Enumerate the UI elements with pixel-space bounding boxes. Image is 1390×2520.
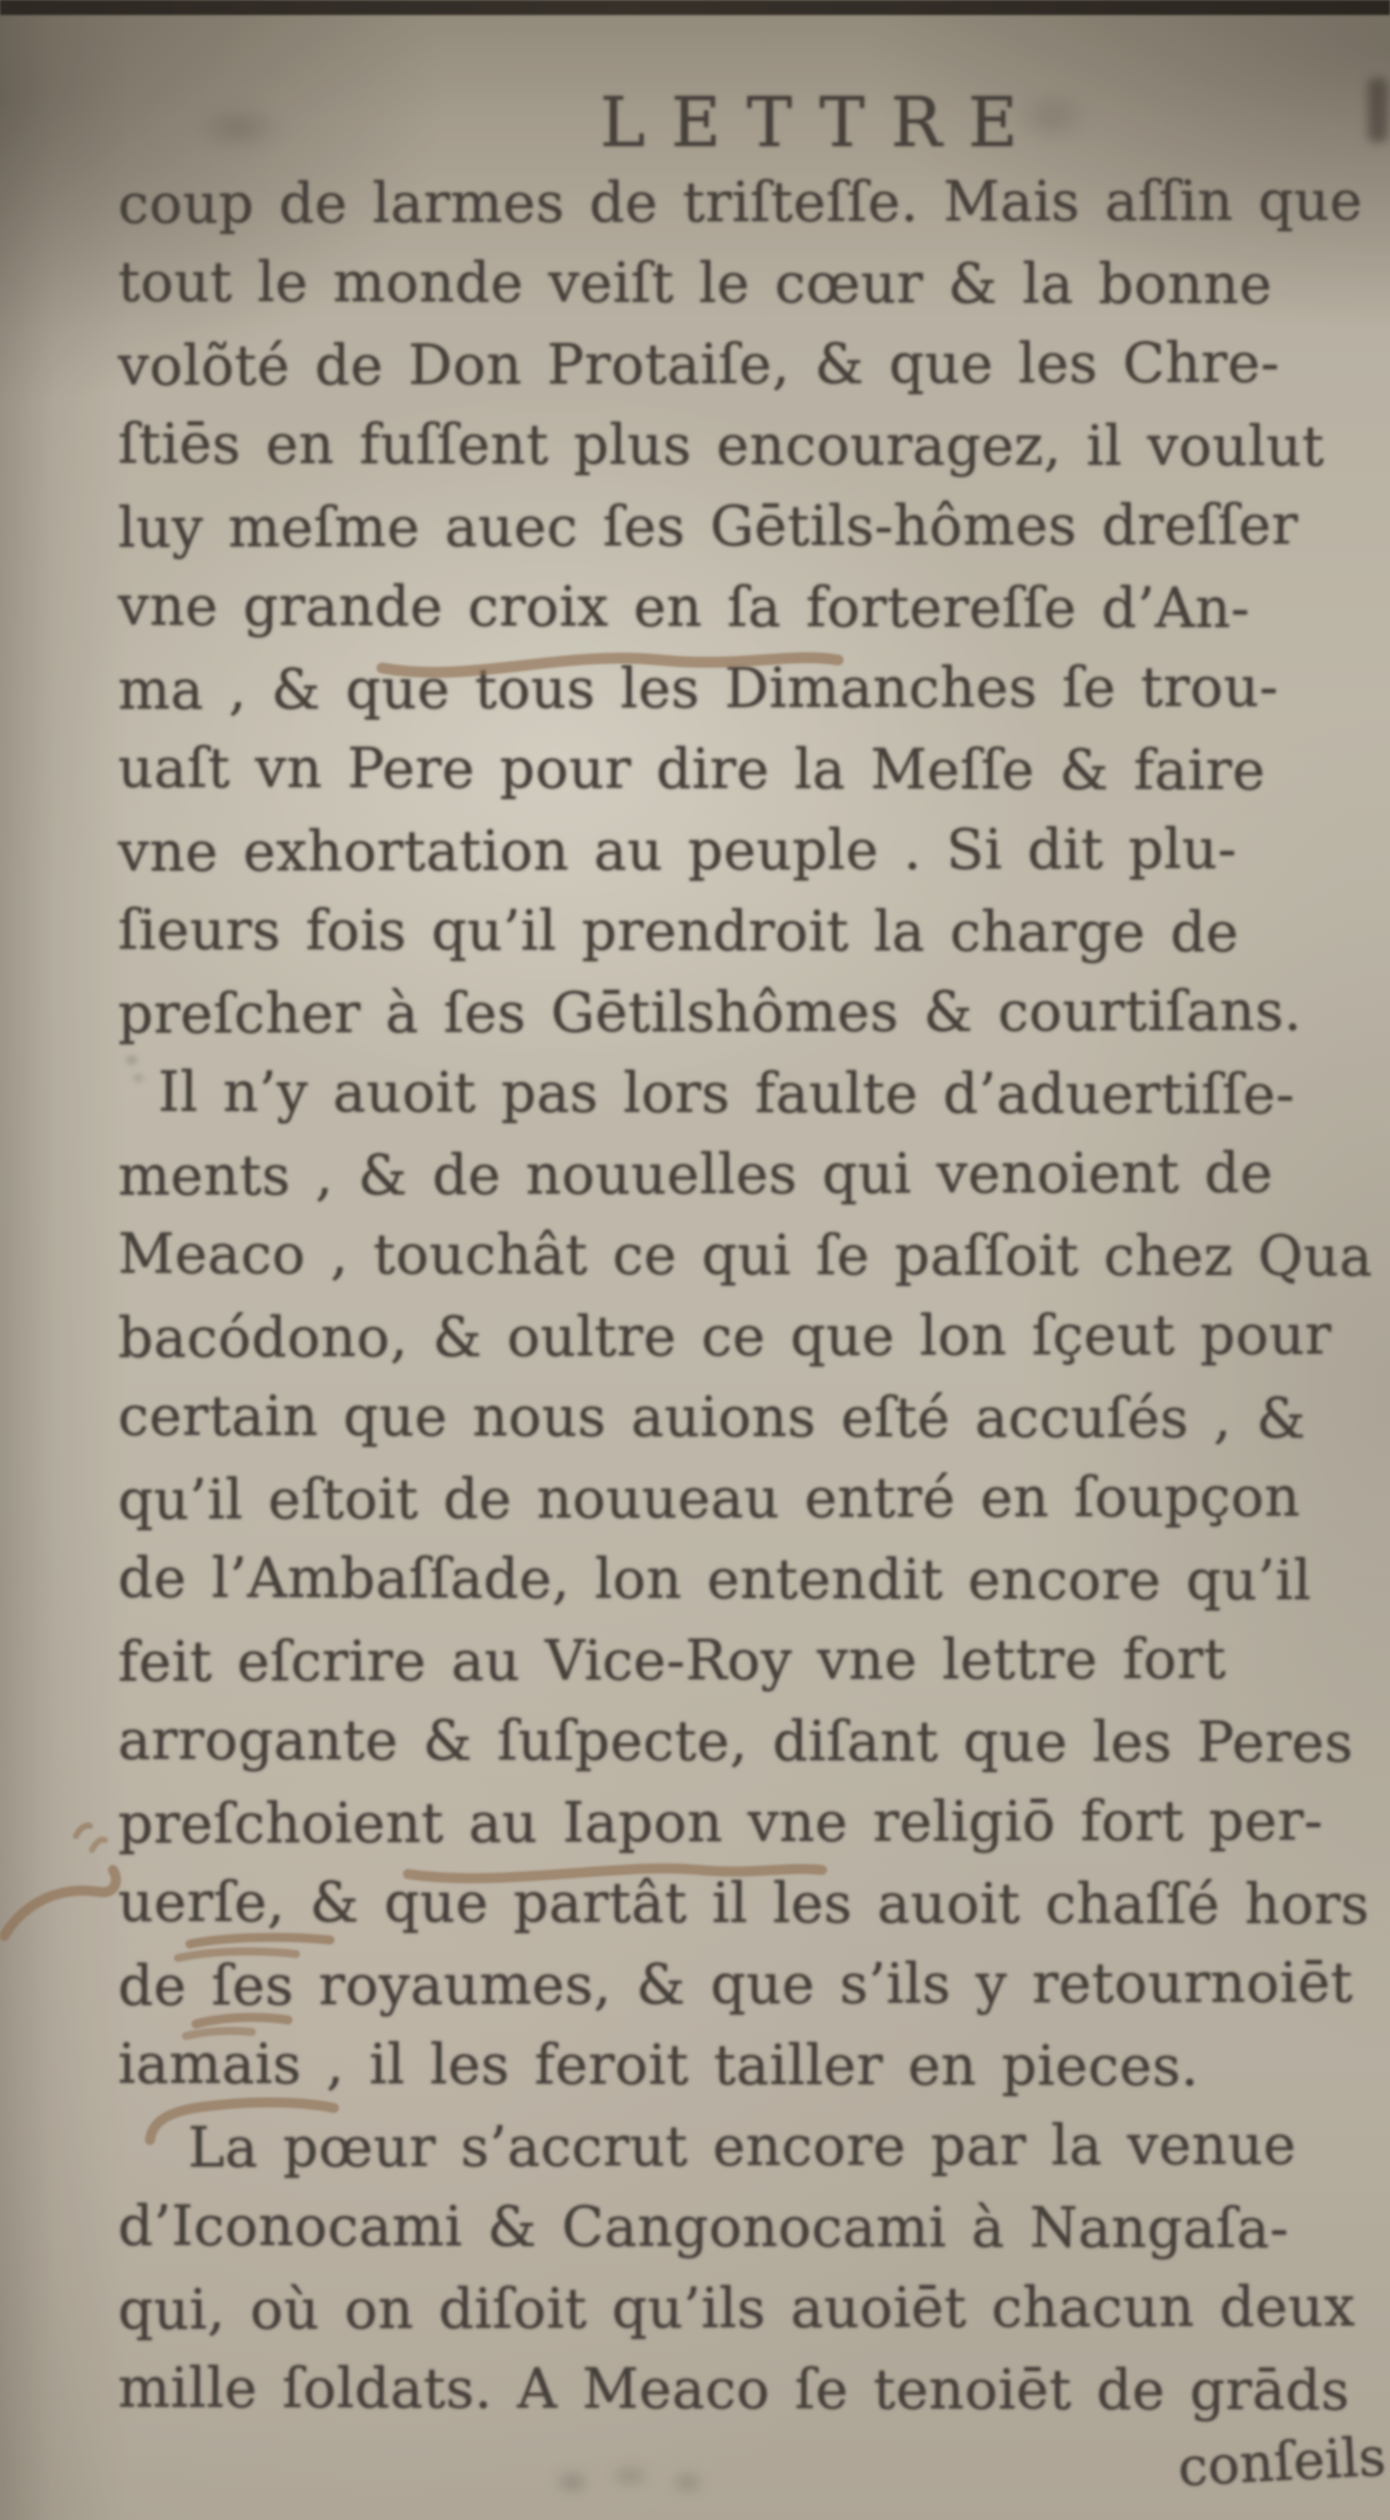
text-line: feit eſcrire au Vice-Roy vne lettre fort (118, 1618, 1390, 1702)
text-line: ma , & que tous les Dimanches ſe trou- (118, 646, 1390, 730)
text-line: coup de larmes de triſteſſe. Mais aſſin … (118, 160, 1390, 244)
text-line: ments , & de nouuelles qui venoient de (118, 1132, 1390, 1216)
margin-tick-2 (92, 1839, 105, 1850)
text-line-paragraph-start: La pœur s’accrut encore par la venue (118, 2104, 1390, 2188)
text-line: qu’il eſtoit de nouueau entré en ſoupçon (118, 1456, 1390, 1540)
text-line: ſieurs fois qu’il prendroit la charge de (118, 890, 1390, 974)
text-line: luy meſme auec ſes Gētils-hômes dreſſer (118, 484, 1390, 568)
showthrough-smudge (540, 2448, 720, 2510)
margin-flourish (4, 1870, 116, 1936)
margin-tick-1 (76, 1825, 90, 1836)
text-line: qui, où on diſoit qu’ils auoiēt chacun d… (118, 2266, 1390, 2350)
text-line: volõté de Don Protaiſe, & que les Chre- (118, 322, 1390, 406)
text-line: uaſt vn Pere pour dire la Meſſe & faire (118, 728, 1390, 812)
text-line: de l’Ambaſſade, lon entendit encore qu’i… (118, 1538, 1390, 1622)
text-line: preſchoient au Iapon vne religiō fort pe… (118, 1780, 1390, 1864)
text-line-paragraph-start: Il n’y auoit pas lors faulte d’aduertiſſ… (118, 1052, 1390, 1136)
text-line: d’Iconocami & Cangonocami à Nangaſa- (118, 2186, 1390, 2270)
book-page-photo: LETTRE coup de larmes de triſteſſe. Mais… (0, 0, 1390, 2520)
text-line: certain que nous auions eſté accuſés , & (118, 1376, 1390, 1460)
text-line: vne grande croix en ſa fortereſſe d’An- (118, 566, 1390, 650)
catchword: conſeils (1177, 2427, 1388, 2499)
text-line: Meaco , touchât ce qui ſe paſſoit chez Q… (118, 1214, 1390, 1298)
text-line: arrogante & ſuſpecte, diſant que les Per… (118, 1700, 1390, 1784)
photo-top-edge (0, 0, 1390, 15)
running-header: LETTRE (600, 84, 1044, 163)
text-line: de ſes royaumes, & que s’ils y retournoi… (118, 1942, 1390, 2026)
text-line: tout le monde veiſt le cœur & la bonne (118, 242, 1390, 326)
text-line: preſcher à ſes Gētilshômes & courtiſans. (118, 970, 1390, 1054)
text-line: ſtiēs en fuſſent plus encouragez, il vou… (118, 404, 1390, 488)
text-line: mille ſoldats. A Meaco ſe tenoiēt de grā… (118, 2348, 1390, 2432)
photo-right-edge-mark (1368, 78, 1388, 142)
body-text-block: coup de larmes de triſteſſe. Mais aſſin … (118, 162, 1390, 2430)
text-line: iamais , il les feroit tailler en pieces… (118, 2024, 1390, 2108)
text-line: uerſe, & que partât il les auoit chaſſé … (118, 1862, 1390, 1946)
showthrough-smudge (192, 104, 284, 152)
text-line: bacódono, & oultre ce que lon ſçeut pour (118, 1294, 1390, 1378)
text-line: vne exhortation au peuple . Si dit plu- (118, 808, 1390, 892)
